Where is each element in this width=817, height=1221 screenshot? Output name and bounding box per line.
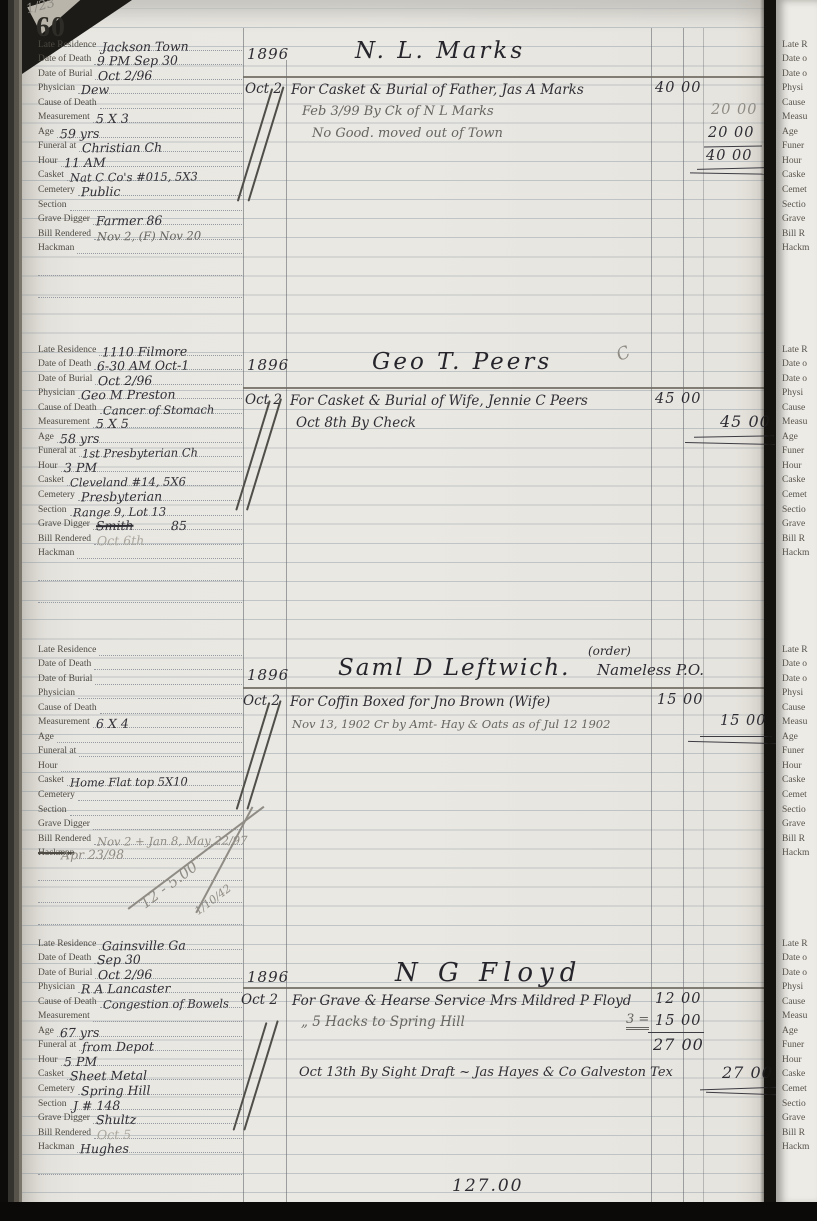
field-label: Late Residence (38, 345, 99, 356)
dotted-leader: Apr 23/98 (77, 844, 244, 860)
dotted-leader: Congestion of Bowels (100, 992, 244, 1008)
blank-row (38, 254, 244, 276)
entry-description: For Grave & Hearse Service Mrs Mildred P… (292, 993, 631, 1009)
field-label: Date o (782, 953, 810, 964)
dotted-leader: Oct 2/96 (95, 963, 244, 979)
field-label: Hour (782, 156, 805, 167)
dotted-leader: 6 X 4 (93, 713, 244, 729)
dotted-leader: Public (78, 180, 244, 196)
field-label: Physician (38, 982, 78, 993)
field-label: Physi (782, 982, 806, 993)
form-field-row: Age59 yrs (38, 123, 244, 138)
form-field-row: SectionJ # 148 (38, 1095, 244, 1110)
entry-description: No Good. moved out of Town (312, 126, 503, 141)
form-field-row: Hour11 AM (38, 152, 244, 167)
dotted-leader: Hughes (77, 1138, 244, 1154)
form-field-row: Bill RenderedNov 2, (F) Nov 20 (38, 225, 244, 240)
form-field-row: Grave DiggerSmith85 (38, 516, 244, 531)
dotted-leader (38, 1152, 244, 1175)
field-label: Age (782, 127, 801, 138)
form-field-row: Funeral atChristian Ch (38, 138, 244, 153)
field-label: Date o (782, 968, 810, 979)
form-field-row: Date of Death (38, 656, 244, 671)
entry-date: Oct 2 (241, 992, 278, 1008)
dotted-leader: J # 148 (70, 1094, 245, 1110)
dotted-leader: Dew (78, 79, 244, 95)
field-label: Hour (782, 461, 805, 472)
form-field-row: Date of Burial (38, 670, 244, 685)
field-label: Late R (782, 345, 811, 356)
dotted-leader: 6-30 AM Oct-1 (94, 355, 244, 371)
next-page-labels: Late R Date o Date o Physi Cause Measu A… (782, 36, 817, 254)
field-label: Funer (782, 141, 807, 152)
field-label: Hour (38, 156, 61, 167)
entry-debit: 15 00 (655, 1013, 702, 1029)
field-label: Date o (782, 359, 810, 370)
field-label: Date o (782, 374, 810, 385)
form-field-row: Measurement (38, 1008, 244, 1023)
page-total: 127.00 (452, 1176, 523, 1196)
dotted-leader: Nat C Co's #015, 5X3 (67, 166, 244, 182)
dotted-leader (99, 640, 244, 656)
entry-year: 1896 (247, 666, 289, 684)
field-label: Date of Death (38, 953, 94, 964)
dotted-leader (93, 1007, 244, 1023)
field-label: Cemet (782, 790, 810, 801)
field-label: Age (38, 432, 57, 443)
dotted-leader: Oct 2/96 (95, 369, 244, 385)
dotted-leader: Shultz (93, 1109, 244, 1125)
field-label: Caske (782, 170, 808, 181)
form-field-row: Late Residence (38, 641, 244, 656)
field-label: Cause (782, 997, 808, 1008)
form-field-row: CemeteryPublic (38, 181, 244, 196)
entry-debit: 40 00 (655, 80, 702, 96)
field-label: Age (38, 1026, 57, 1037)
dotted-leader (70, 800, 245, 816)
dotted-leader: 11 AM (61, 151, 244, 167)
entry-description: For Casket & Burial of Wife, Jennie C Pe… (290, 393, 588, 409)
form-field-row: Grave Digger (38, 816, 244, 831)
record-title-suffix: Nameless P.O. (597, 661, 704, 679)
dotted-leader: Oct 2/96 (95, 64, 244, 80)
field-label: Cause of Death (38, 98, 100, 109)
title-rule (243, 987, 764, 989)
field-label: Section (38, 805, 70, 816)
dotted-leader: Home Flat top 5X10 (67, 771, 244, 787)
field-label: Date of Death (38, 659, 94, 670)
dotted-leader: 67 yrs (57, 1021, 244, 1037)
dotted-leader (78, 684, 244, 700)
form-field-row: HackmanApr 23/98 (38, 845, 244, 860)
form-field-row: Bill RenderedOct 5 (38, 1124, 244, 1139)
field-label: Section (38, 200, 70, 211)
form-field-row: CasketNat C Co's #015, 5X3 (38, 167, 244, 182)
dotted-leader (70, 195, 245, 211)
form-field-row: CasketCleveland #14, 5X6 (38, 472, 244, 487)
record-fields: Late ResidenceGainsville Ga Date of Deat… (38, 935, 244, 1175)
dotted-leader: Cancer of Stomach (100, 398, 244, 414)
dotted-leader: 5 X 3 (93, 108, 244, 124)
field-label: Physician (38, 688, 78, 699)
record-title: N G Floyd (395, 958, 582, 988)
dotted-leader: Sep 30 (94, 949, 244, 965)
field-label: Date of Death (38, 359, 94, 370)
amount-underline (648, 1032, 704, 1033)
form-field-row: Late ResidenceJackson Town (38, 36, 244, 51)
form-field-row: Cause of DeathCancer of Stomach (38, 399, 244, 414)
field-label: Cause of Death (38, 703, 100, 714)
field-label: Cause (782, 403, 808, 414)
field-label: Bill R (782, 534, 808, 545)
entry-credit: 20 00 (708, 125, 755, 141)
form-field-row: Date of Death9 PM Sep 30 (38, 51, 244, 66)
form-field-row: Cemetery (38, 786, 244, 801)
field-label: Measu (782, 112, 810, 123)
field-label: Grave (782, 819, 808, 830)
blank-row (38, 559, 244, 581)
field-label: Caske (782, 775, 808, 786)
dotted-leader: 1110 Filmore (99, 340, 244, 356)
dotted-leader (78, 785, 244, 801)
form-field-row: Hour3 PM (38, 457, 244, 472)
field-label: Sectio (782, 805, 809, 816)
record-fields: Late Residence1110 Filmore Date of Death… (38, 341, 244, 603)
dotted-leader: Nov 2, (F) Nov 20 (94, 224, 244, 240)
blank-row (38, 1153, 244, 1175)
entry-debit: 45 00 (655, 391, 702, 407)
field-label: Casket (38, 1069, 67, 1080)
field-label: Cause (782, 98, 808, 109)
dotted-leader: 9 PM Sep 30 (94, 50, 244, 66)
entry-description: For Casket & Burial of Father, Jas A Mar… (291, 82, 584, 98)
field-label: Date of Death (38, 54, 94, 65)
form-field-row: Measurement5 X 3 (38, 109, 244, 124)
field-label: Late Residence (38, 939, 99, 950)
field-label: Cause of Death (38, 997, 100, 1008)
field-label: Funer (782, 446, 807, 457)
entry-debit-total: 27 00 (653, 1035, 704, 1054)
field-label: Sectio (782, 200, 809, 211)
field-label: Hour (782, 1055, 805, 1066)
field-label: Cause (782, 703, 808, 714)
field-label: Date o (782, 69, 810, 80)
entry-debit: 12 00 (655, 991, 702, 1007)
dotted-leader (77, 544, 244, 560)
field-label: Sectio (782, 505, 809, 516)
dotted-leader: from Depot (79, 1036, 244, 1052)
field-label: Hour (38, 761, 61, 772)
dotted-leader (94, 655, 244, 671)
field-label: Bill R (782, 834, 808, 845)
form-field-row: CemeteryPresbyterian (38, 486, 244, 501)
record-title: Geo T. Peers (372, 349, 552, 375)
book-edge (0, 0, 8, 1221)
record-title-note: (order) (588, 644, 631, 658)
form-field-row: Late ResidenceGainsville Ga (38, 935, 244, 950)
dotted-leader: Sheet Metal (67, 1065, 244, 1081)
field-label: Physician (38, 83, 78, 94)
field-label: Age (782, 432, 801, 443)
date-column-rule (286, 60, 287, 1203)
field-label: Bill R (782, 229, 808, 240)
entry-date: Oct 2 (245, 81, 282, 97)
field-label: Measu (782, 717, 810, 728)
form-field-row: Date of BurialOct 2/96 (38, 370, 244, 385)
next-page-labels: Late R Date o Date o Physi Cause Measu A… (782, 341, 817, 559)
field-label: Late Residence (38, 645, 99, 656)
debit-column-rule (651, 28, 652, 1203)
form-field-row: Hour (38, 757, 244, 772)
dotted-leader: R A Lancaster (78, 978, 244, 994)
dotted-leader (38, 558, 244, 581)
field-label: Late R (782, 40, 811, 51)
form-field-row: CemeterySpring Hill (38, 1080, 244, 1095)
dotted-leader: Gainsville Ga (99, 934, 244, 950)
field-label: Date o (782, 659, 810, 670)
form-field-row: Late Residence1110 Filmore (38, 341, 244, 356)
form-field-row: Hackman (38, 545, 244, 560)
field-label: Section (38, 505, 70, 516)
dotted-leader: Spring Hill (78, 1079, 244, 1095)
form-field-row: Section (38, 196, 244, 211)
dotted-leader: Jackson Town (99, 35, 244, 51)
field-label: Date o (782, 674, 810, 685)
title-rule (243, 387, 764, 389)
dotted-leader: 1st Presbyterian Ch (79, 442, 244, 458)
form-field-row: Cause of DeathCongestion of Bowels (38, 993, 244, 1008)
entry-description: „ 5 Hacks to Spring Hill (301, 1014, 465, 1030)
form-field-row: Hour5 PM (38, 1051, 244, 1066)
entry-credit: 20 00 (711, 102, 758, 118)
dotted-leader: 59 yrs (57, 122, 244, 138)
field-label: Measu (782, 417, 810, 428)
field-label: Cemet (782, 490, 810, 501)
field-label: Late R (782, 645, 811, 656)
next-page-labels: Late R Date o Date o Physi Cause Measu A… (782, 641, 817, 859)
next-page-labels: Late R Date o Date o Physi Cause Measu A… (782, 935, 817, 1153)
form-field-row: Age (38, 728, 244, 743)
entry-year: 1896 (247, 45, 289, 63)
dotted-leader: 5 PM (61, 1050, 244, 1066)
entry-year: 1896 (247, 356, 289, 374)
dotted-leader (57, 727, 244, 743)
form-field-row: PhysicianGeo M Preston (38, 385, 244, 400)
field-label: Caske (782, 475, 808, 486)
form-field-row: Date of DeathSep 30 (38, 950, 244, 965)
field-label: Casket (38, 775, 67, 786)
dotted-leader (61, 756, 244, 772)
form-field-row: Hackman (38, 240, 244, 255)
dotted-leader: 58 yrs (57, 427, 244, 443)
entry-description: Nov 13, 1902 Cr by Amt- Hay & Oats as of… (292, 717, 610, 731)
form-field-row: Grave DiggerFarmer 86 (38, 211, 244, 226)
field-label: Grave Digger (38, 819, 93, 830)
entry-description: Oct 13th By Sight Draft ~ Jas Hayes & Co… (299, 1065, 673, 1080)
field-label: Grave Digger (38, 1113, 93, 1124)
field-label: Grave (782, 1113, 808, 1124)
form-field-row: Date of BurialOct 2/96 (38, 964, 244, 979)
field-label: Grave (782, 519, 808, 530)
form-field-row: Section (38, 801, 244, 816)
dotted-leader: Presbyterian (78, 485, 244, 501)
dotted-leader: Christian Ch (79, 137, 244, 153)
dotted-leader: Smith85 (93, 515, 244, 531)
dotted-leader (77, 239, 244, 255)
form-field-row: CasketSheet Metal (38, 1066, 244, 1081)
dotted-leader (38, 275, 244, 298)
field-label: Date o (782, 54, 810, 65)
blank-row (38, 581, 244, 603)
entry-credit-total: 40 00 (706, 148, 753, 164)
field-label: Cemet (782, 1084, 810, 1095)
field-label: Section (38, 1099, 70, 1110)
field-label: Age (38, 732, 57, 743)
record-fields: Late Residence Date of Death Date of Bur… (38, 641, 244, 925)
dotted-leader (38, 253, 244, 276)
entry-description: Feb 3/99 By Ck of N L Marks (302, 104, 494, 119)
blank-row (38, 276, 244, 298)
form-field-row: Bill RenderedOct 6th (38, 530, 244, 545)
field-label: Age (782, 732, 801, 743)
record-title: N. L. Marks (355, 38, 525, 64)
field-label: Grave Digger (38, 519, 93, 530)
dotted-leader: Cleveland #14, 5X6 (67, 471, 244, 487)
field-label: Age (782, 1026, 801, 1037)
field-label: Hackm (782, 848, 812, 859)
dotted-leader: Range 9, Lot 13 (70, 500, 245, 516)
entry-date: Oct 2 (245, 392, 282, 408)
dotted-leader: Oct 5 (94, 1123, 244, 1139)
form-field-row: Date of BurialOct 2/96 (38, 65, 244, 80)
field-label: Funer (782, 1040, 807, 1051)
field-label: Hour (38, 461, 61, 472)
ledger-scan: 1/23 60 Late ResidenceJackson Town Date … (0, 0, 817, 1221)
dotted-leader: Oct 6th (94, 529, 244, 545)
form-field-row: Funeral at (38, 743, 244, 758)
field-label: Age (38, 127, 57, 138)
form-field-row: HackmanHughes (38, 1139, 244, 1154)
field-label: Cause of Death (38, 403, 100, 414)
field-label: Physi (782, 83, 806, 94)
field-label: Sectio (782, 1099, 809, 1110)
entry-note: 3 = (626, 1012, 649, 1030)
field-label: Physi (782, 688, 806, 699)
field-label: Funer (782, 746, 807, 757)
dotted-leader (100, 93, 244, 109)
form-field-row: CasketHome Flat top 5X10 (38, 772, 244, 787)
entry-description: For Coffin Boxed for Jno Brown (Wife) (290, 694, 550, 710)
field-label: Bill R (782, 1128, 808, 1139)
field-label: Hackm (782, 243, 812, 254)
field-label: Hackm (782, 548, 812, 559)
form-field-row: Cause of Death (38, 94, 244, 109)
field-label: Casket (38, 475, 67, 486)
field-label: Physi (782, 388, 806, 399)
scan-bottom-edge (0, 1202, 817, 1221)
field-label: Physician (38, 388, 78, 399)
form-field-row: Date of Death6-30 AM Oct-1 (38, 356, 244, 371)
form-field-row: Funeral at1st Presbyterian Ch (38, 443, 244, 458)
entry-debit: 15 00 (657, 692, 704, 708)
form-field-row: Age58 yrs (38, 428, 244, 443)
field-label: Hackm (782, 1142, 812, 1153)
entry-description: Oct 8th By Check (296, 415, 416, 431)
dotted-leader (79, 742, 244, 758)
form-field-row: PhysicianR A Lancaster (38, 979, 244, 994)
field-label: Measu (782, 1011, 810, 1022)
field-label: Late Residence (38, 40, 99, 51)
next-page-edge: Late R Date o Date o Physi Cause Measu A… (776, 0, 817, 1205)
form-field-row: Physician (38, 685, 244, 700)
dotted-leader: 3 PM (61, 456, 244, 472)
record-fields: Late ResidenceJackson Town Date of Death… (38, 36, 244, 298)
dotted-leader: 5 X 5 (93, 413, 244, 429)
record-title: Saml D Leftwich. (338, 655, 570, 681)
form-field-row: Funeral atfrom Depot (38, 1037, 244, 1052)
form-field-row: Measurement5 X 5 (38, 414, 244, 429)
credit-column-rule (703, 28, 704, 1203)
dotted-leader (100, 698, 244, 714)
field-label: Hour (782, 761, 805, 772)
form-field-row: Grave DiggerShultz (38, 1110, 244, 1125)
dotted-leader (95, 669, 244, 685)
dotted-leader (38, 580, 244, 603)
entry-year: 1896 (247, 968, 289, 986)
form-field-row: Cause of Death (38, 699, 244, 714)
title-rule (243, 687, 764, 689)
form-field-row: Age67 yrs (38, 1022, 244, 1037)
field-label: Grave Digger (38, 214, 93, 225)
dotted-leader: Geo M Preston (78, 384, 244, 400)
field-label: Late R (782, 939, 811, 950)
title-rule (243, 76, 764, 78)
field-label: Grave (782, 214, 808, 225)
field-label: Caske (782, 1069, 808, 1080)
form-field-row: Measurement6 X 4 (38, 714, 244, 729)
form-field-row: SectionRange 9, Lot 13 (38, 501, 244, 516)
field-label: Hour (38, 1055, 61, 1066)
field-label: Casket (38, 170, 67, 181)
field-label: Cemet (782, 185, 810, 196)
dotted-leader (93, 815, 244, 831)
dotted-leader: Farmer 86 (93, 210, 244, 226)
form-field-row: PhysicianDew (38, 80, 244, 95)
entry-date: Oct 2 (243, 693, 280, 709)
